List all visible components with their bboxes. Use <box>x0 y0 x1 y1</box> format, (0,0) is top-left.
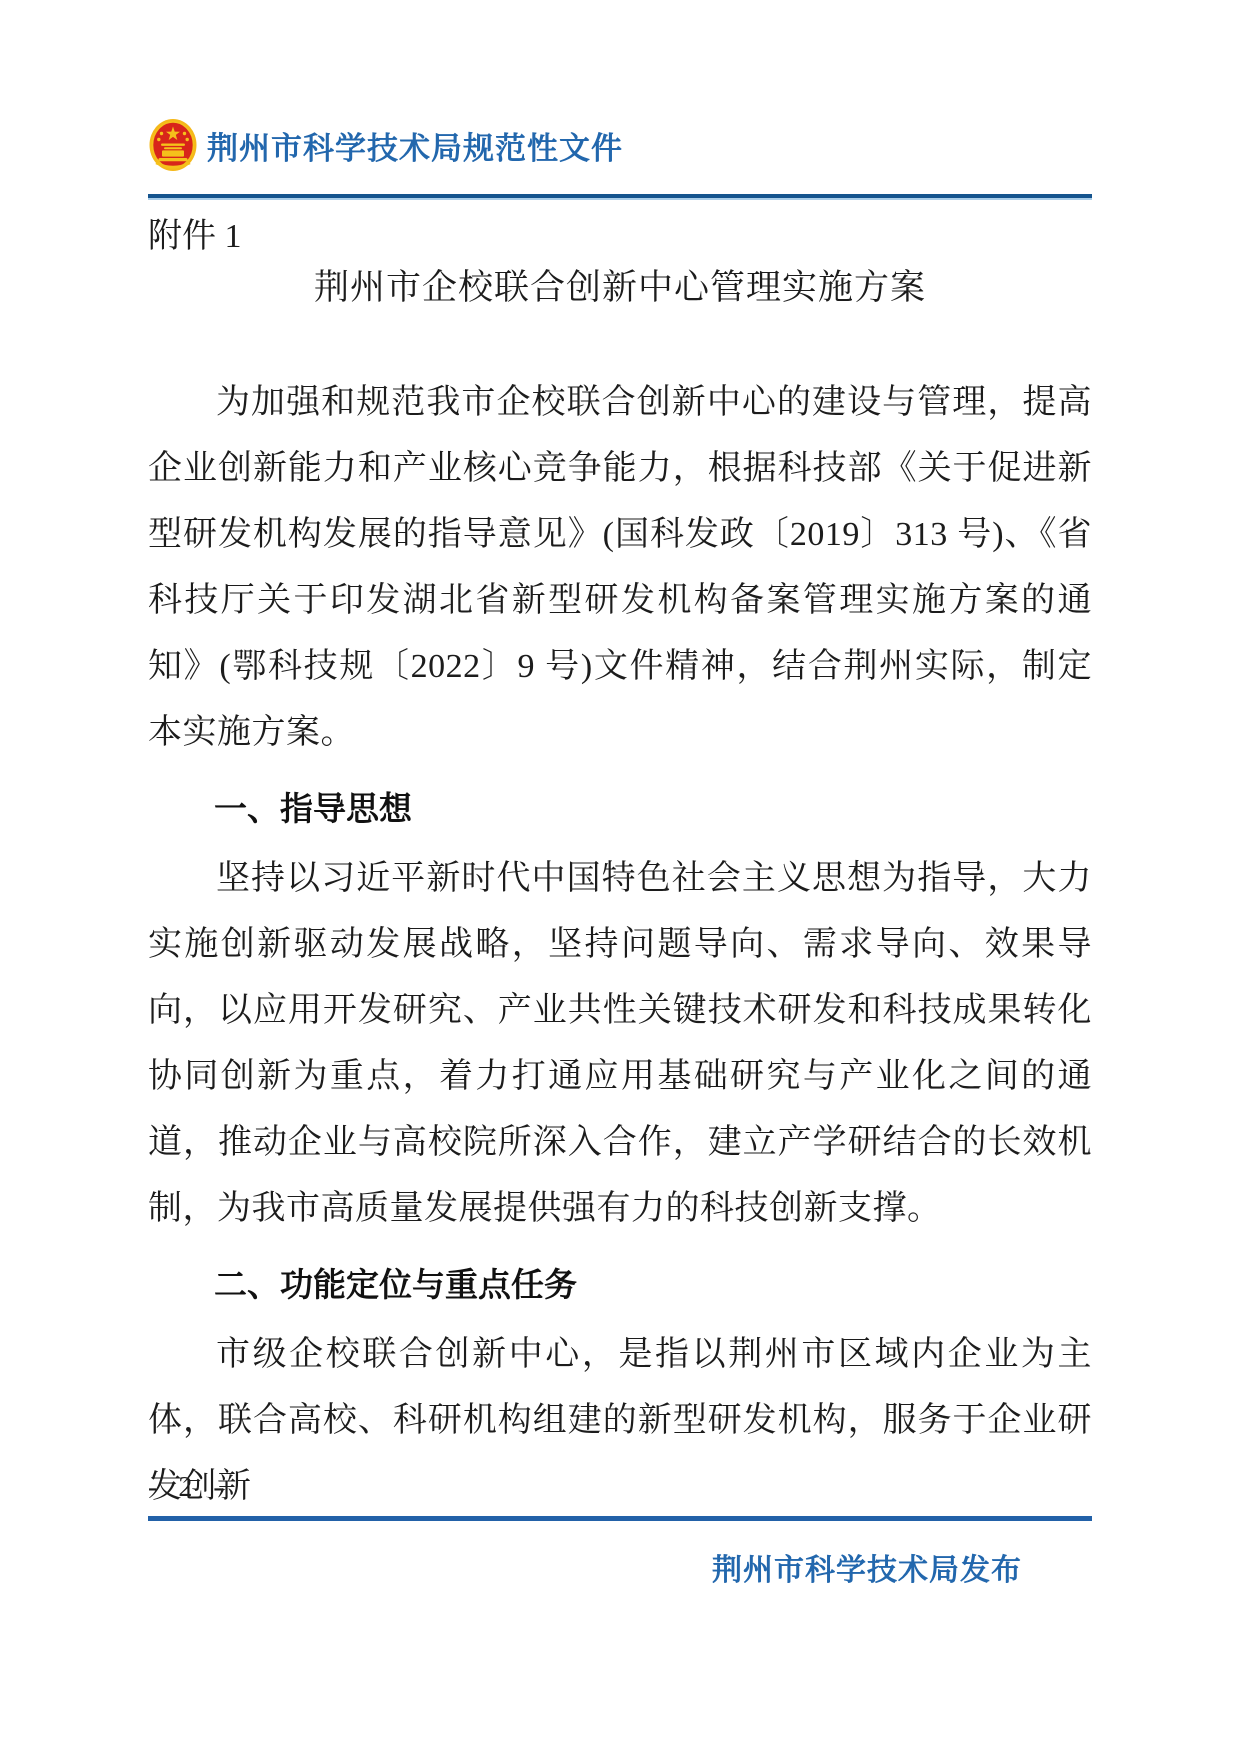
page-number: - 2 - <box>148 1468 1092 1508</box>
letterhead: 荆州市科学技术局规范性文件 <box>148 118 1092 172</box>
header-divider <box>148 194 1092 200</box>
paragraph-intro: 为加强和规范我市企校联合创新中心的建设与管理，提高企业创新能力和产业核心竞争能力… <box>148 370 1092 766</box>
footer-divider <box>148 1516 1092 1521</box>
letterhead-title: 荆州市科学技术局规范性文件 <box>207 123 623 168</box>
attachment-label: 附件 1 <box>148 212 1092 262</box>
document-title: 荆州市企校联合创新中心管理实施方案 <box>148 262 1092 314</box>
page-footer: - 2 - 荆州市科学技术局发布 <box>148 1468 1092 1589</box>
paragraph-guiding-ideology: 坚持以习近平新时代中国特色社会主义思想为指导，大力实施创新驱动发展战略，坚持问题… <box>148 846 1092 1242</box>
publisher-note: 荆州市科学技术局发布 <box>148 1545 1092 1589</box>
document-page: 荆州市科学技术局规范性文件 附件 1 荆州市企校联合创新中心管理实施方案 为加强… <box>0 0 1240 1753</box>
section-heading-2: 二、功能定位与重点任务 <box>148 1252 1092 1318</box>
section-heading-1: 一、指导思想 <box>148 776 1092 842</box>
national-emblem-icon <box>148 118 198 172</box>
